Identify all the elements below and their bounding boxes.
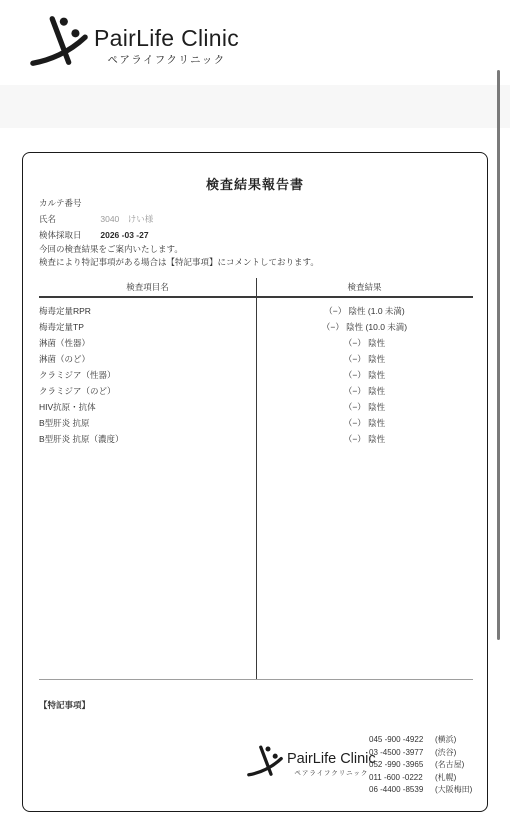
phone-number: 03 -4500 -3977: [369, 747, 435, 760]
table-body: 梅毒定量RPR （−） 陰性 (1.0 未満) 梅毒定量TP （−） 陰性 (1…: [39, 303, 473, 447]
test-item-name: HIV抗原・抗体: [39, 399, 256, 415]
brand-name: PairLife Clinic: [94, 25, 239, 51]
pairlife-figures-icon: [247, 743, 283, 779]
site-header: PairLife Clinic ペアライフクリニック: [0, 0, 510, 85]
footer-brand-name: PairLife Clinic: [287, 751, 376, 767]
clinic-phone-list: 045 -900 -4922 (横浜) 03 -4500 -3977 (渋谷) …: [369, 734, 472, 797]
table-row: 淋菌（性器） （−） 陰性: [39, 335, 473, 351]
meta-row-patient-name: 氏名 3040 けい様: [39, 213, 153, 225]
meta-row-chart-number: カルテ番号: [39, 197, 98, 209]
meta-row-collection-date: 検体採取日 2026 -03 -27: [39, 229, 149, 241]
phone-location: (名古屋): [435, 759, 464, 772]
table-row: B型肝炎 抗原 （−） 陰性: [39, 415, 473, 431]
table-row: B型肝炎 抗原（濃度） （−） 陰性: [39, 431, 473, 447]
test-item-name: クラミジア（性器）: [39, 367, 256, 383]
scrollbar-thumb[interactable]: [497, 70, 500, 640]
test-item-name: 淋菌（性器）: [39, 335, 256, 351]
test-result: （−） 陰性: [256, 351, 473, 367]
footer-brand-logo: PairLife Clinic ペアライフクリニック: [247, 743, 376, 779]
phone-line: 052 -990 -3965 (名古屋): [369, 759, 472, 772]
phone-number: 06 -4400 -8539: [369, 784, 435, 797]
report-card: 検査結果報告書 カルテ番号 氏名 3040 けい様 検体採取日 2026 -03…: [22, 152, 488, 812]
test-item-name: B型肝炎 抗原（濃度）: [39, 431, 256, 447]
intro-line: 今回の検査結果をご案内いたします。: [39, 243, 319, 256]
phone-location: (札幌): [435, 772, 456, 785]
intro-text: 今回の検査結果をご案内いたします。 検査により特記事項がある場合は【特記事項】に…: [39, 243, 319, 269]
table-row: クラミジア（性器） （−） 陰性: [39, 367, 473, 383]
special-notes-label: 【特記事項】: [39, 699, 90, 711]
meta-value: 2026 -03 -27: [100, 230, 148, 240]
header-divider-band: [0, 85, 510, 128]
meta-label: 検体採取日: [39, 229, 98, 241]
test-item-name: B型肝炎 抗原: [39, 415, 256, 431]
pairlife-figures-icon: [30, 12, 88, 70]
table-row: 梅毒定量RPR （−） 陰性 (1.0 未満): [39, 303, 473, 319]
test-result: （−） 陰性: [256, 335, 473, 351]
phone-number: 052 -990 -3965: [369, 759, 435, 772]
test-result: （−） 陰性: [256, 367, 473, 383]
phone-line: 06 -4400 -8539 (大阪梅田): [369, 784, 472, 797]
table-bottom-line: [39, 679, 473, 680]
phone-location: (渋谷): [435, 747, 456, 760]
table-row: 梅毒定量TP （−） 陰性 (10.0 未満): [39, 319, 473, 335]
test-item-name: クラミジア（のど）: [39, 383, 256, 399]
test-item-name: 梅毒定量TP: [39, 319, 256, 335]
test-item-name: 梅毒定量RPR: [39, 303, 256, 319]
test-result: （−） 陰性 (10.0 未満): [256, 319, 473, 335]
column-header-result: 検査結果: [256, 281, 473, 293]
phone-number: 045 -900 -4922: [369, 734, 435, 747]
meta-value: 3040 けい様: [100, 214, 153, 224]
intro-line: 検査により特記事項がある場合は【特記事項】にコメントしております。: [39, 256, 319, 269]
meta-label: カルテ番号: [39, 197, 98, 209]
phone-location: (大阪梅田): [435, 784, 472, 797]
phone-line: 03 -4500 -3977 (渋谷): [369, 747, 472, 760]
table-row: 淋菌（のど） （−） 陰性: [39, 351, 473, 367]
phone-line: 011 -600 -0222 (札幌): [369, 772, 472, 785]
phone-location: (横浜): [435, 734, 456, 747]
test-result: （−） 陰性: [256, 431, 473, 447]
meta-label: 氏名: [39, 213, 98, 225]
brand-logo: PairLife Clinic ペアライフクリニック: [30, 12, 239, 70]
test-result: （−） 陰性 (1.0 未満): [256, 303, 473, 319]
page-title: 検査結果報告書: [23, 174, 487, 193]
table-row: HIV抗原・抗体 （−） 陰性: [39, 399, 473, 415]
test-result: （−） 陰性: [256, 383, 473, 399]
column-header-item: 検査項目名: [39, 281, 256, 293]
test-result: （−） 陰性: [256, 415, 473, 431]
test-result: （−） 陰性: [256, 399, 473, 415]
table-row: クラミジア（のど） （−） 陰性: [39, 383, 473, 399]
footer-brand-kana: ペアライフクリニック: [294, 768, 368, 777]
test-item-name: 淋菌（のど）: [39, 351, 256, 367]
phone-number: 011 -600 -0222: [369, 772, 435, 785]
brand-kana: ペアライフクリニック: [107, 52, 225, 67]
phone-line: 045 -900 -4922 (横浜): [369, 734, 472, 747]
